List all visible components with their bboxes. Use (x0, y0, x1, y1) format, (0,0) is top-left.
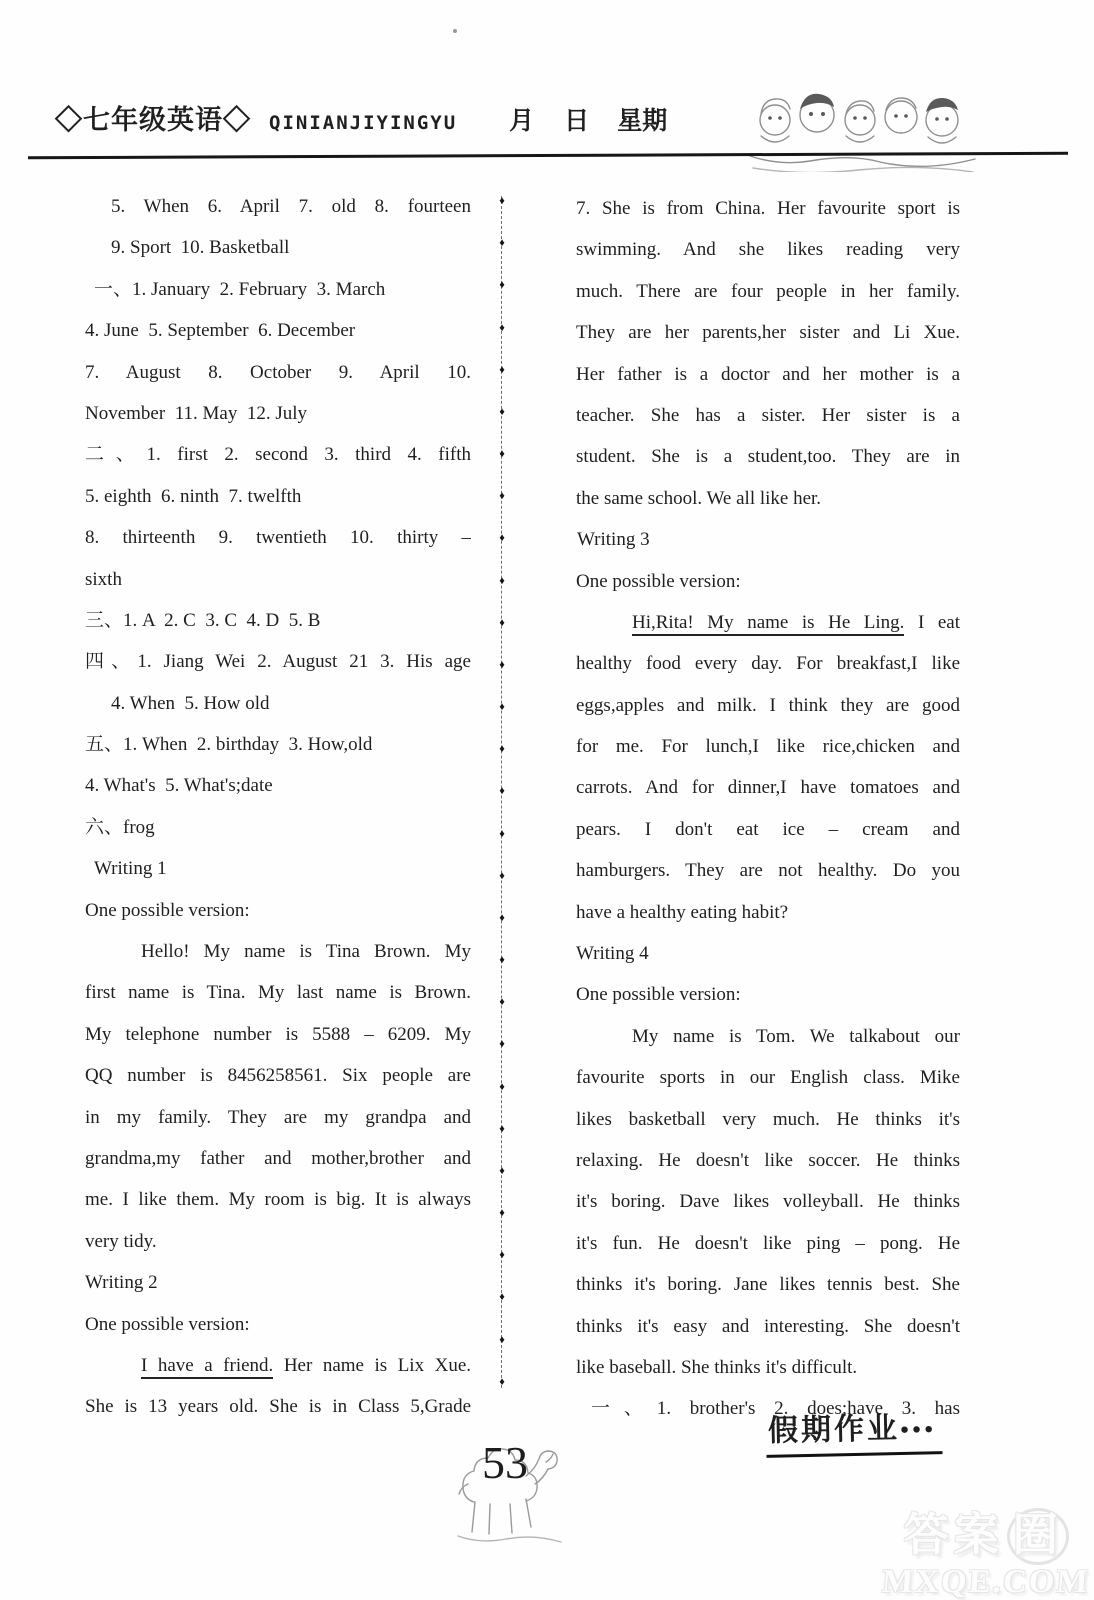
left-answer-column: 5. When 6. April 7. old 8. fourteen 9. S… (85, 186, 471, 1428)
answer-line: favourite sports in our English class. M… (576, 1057, 960, 1098)
answer-line: One possible version: (85, 1304, 471, 1345)
answer-line: teacher. She has a sister. Her sister is… (576, 395, 960, 436)
line-text: They are her parents,her sister and Li X… (576, 322, 960, 343)
answer-line: healthy food every day. For breakfast,I … (576, 643, 960, 684)
watermark-circle-char: 圈 (1007, 1508, 1069, 1565)
answer-line: 4. When 5. How old (85, 683, 471, 724)
brand-dots: ●●● (900, 1421, 937, 1438)
answer-line: grandma,my father and mother,brother and (85, 1138, 471, 1179)
answer-line: much. There are four people in her famil… (576, 271, 960, 312)
line-text: 三、1. A 2. C 3. C 4. D 5. B (85, 610, 320, 631)
answer-line: 7. She is from China. Her favourite spor… (576, 188, 960, 229)
line-text: 4. What's 5. What's;date (85, 775, 273, 796)
answer-line: have a healthy eating habit? (576, 892, 960, 933)
answer-line: One possible version: (576, 974, 960, 1015)
line-text: me. I like them. My room is big. It is a… (85, 1189, 471, 1210)
line-text: favourite sports in our English class. M… (576, 1067, 960, 1088)
divider-diamond-icon: ♦ (499, 1377, 505, 1388)
answer-line: for me. For lunch,I like rice,chicken an… (576, 726, 960, 767)
line-text: Hello! My name is Tina Brown. My (141, 941, 471, 962)
answer-line: me. I like them. My room is big. It is a… (85, 1179, 471, 1220)
divider-diamond-icon: ♦ (499, 1335, 505, 1346)
answer-line: November 11. May 12. July (85, 393, 471, 434)
answer-line: 四、1. Jiang Wei 2. August 21 3. His age (85, 641, 471, 682)
page-header: ◇七年级英语◇ QINIANJIYINGYU 月 日 星期 (55, 98, 667, 137)
line-text: Writing 4 (576, 943, 649, 964)
line-text: One possible version: (576, 984, 741, 1005)
divider-diamond-icon: ♦ (499, 196, 505, 207)
answer-line: 二、1. first 2. second 3. third 4. fifth (85, 434, 471, 475)
line-text: 4. June 5. September 6. December (85, 320, 355, 341)
answer-line: 41Writing 3 (576, 519, 960, 560)
line-text: hamburgers. They are not healthy. Do you (576, 860, 960, 881)
divider-diamond-icon: ♦ (499, 786, 505, 797)
answer-line: in my family. They are my grandpa and (85, 1097, 471, 1138)
answer-line: thinks it's easy and interesting. She do… (576, 1306, 960, 1347)
answer-line: Hi,Rita! My name is He Ling. I eat (576, 602, 960, 643)
watermark-line1: 答案圈 (882, 1508, 1090, 1565)
line-text: QQ number is 8456258561. Six people are (85, 1065, 471, 1086)
answer-line: 五、1. When 2. birthday 3. How,old (85, 724, 471, 765)
line-text: November 11. May 12. July (85, 403, 307, 424)
line-text: Writing 3 (577, 529, 650, 550)
divider-diamond-icon: ♦ (499, 1082, 505, 1093)
line-text: healthy food every day. For breakfast,I … (576, 653, 960, 674)
answer-line: My telephone number is 5588 – 6209. My (85, 1014, 471, 1055)
divider-diamond-icon: ♦ (499, 618, 505, 629)
divider-diamond-icon: ♦ (499, 491, 505, 502)
line-text: 六、frog (85, 817, 155, 838)
page-title-pinyin: QINIANJIYINGYU (269, 112, 457, 134)
line-text: much. There are four people in her famil… (576, 281, 960, 302)
answer-line: Hello! My name is Tina Brown. My (85, 931, 471, 972)
answer-line: it's boring. Dave likes volleyball. He t… (576, 1181, 960, 1222)
watermark-text: 答案 (904, 1510, 1004, 1560)
line-text: like baseball. She thinks it's difficult… (576, 1357, 857, 1378)
scan-speck (453, 29, 457, 33)
date-month-label: 月 (509, 101, 534, 137)
divider-diamond-icon: ♦ (499, 1292, 505, 1303)
answer-line: 8. thirteenth 9. twentieth 10. thirty – (85, 517, 471, 558)
line-text: it's boring. Dave likes volleyball. He t… (576, 1191, 960, 1212)
line-text: swimming. And she likes reading very (576, 239, 960, 260)
watermark-line2: MXQE.COM (881, 1565, 1091, 1600)
divider-diamond-icon: ♦ (499, 323, 505, 334)
answer-line: first name is Tina. My last name is Brow… (85, 972, 471, 1013)
divider-diamond-icon: ♦ (499, 365, 505, 376)
line-text: 8. thirteenth 9. twentieth 10. thirty – (85, 527, 471, 548)
answer-line: swimming. And she likes reading very (576, 229, 960, 270)
answer-line: likes basketball very much. He thinks it… (576, 1099, 960, 1140)
answer-line: 39一、1. January 2. February 3. March (85, 269, 471, 310)
line-text: thinks it's boring. Jane likes tennis be… (576, 1274, 960, 1295)
divider-diamond-icon: ♦ (499, 238, 505, 249)
children-doodle-image (745, 76, 980, 172)
line-text: 5. When 6. April 7. old 8. fourteen (111, 196, 471, 217)
line-text: 7. She is from China. Her favourite spor… (576, 198, 960, 219)
line-text: 4. When 5. How old (111, 693, 270, 714)
answer-line: 5. eighth 6. ninth 7. twelfth (85, 476, 471, 517)
line-text: 一、1. January 2. February 3. March (94, 279, 385, 300)
right-answer-column: 7. She is from China. Her favourite spor… (576, 188, 960, 1430)
answer-line: 三、1. A 2. C 3. C 4. D 5. B (85, 600, 471, 641)
line-text: 7. August 8. October 9. April 10. (85, 362, 471, 383)
line-text: likes basketball very much. He thinks it… (576, 1109, 960, 1130)
answer-line: Her father is a doctor and her mother is… (576, 354, 960, 395)
column-divider: ♦♦♦♦♦♦♦♦♦♦♦♦♦♦♦♦♦♦♦♦♦♦♦♦♦♦♦♦♦ (496, 196, 508, 1388)
divider-diamond-icon: ♦ (499, 1166, 505, 1177)
divider-diamond-icon: ♦ (499, 660, 505, 671)
answer-line: like baseball. She thinks it's difficult… (576, 1347, 960, 1388)
underlined-text: I have a friend. (141, 1355, 273, 1379)
answer-line: QQ number is 8456258561. Six people are (85, 1055, 471, 1096)
divider-diamond-icon: ♦ (499, 280, 505, 291)
answer-line: They are her parents,her sister and Li X… (576, 312, 960, 353)
answer-line: pears. I don't eat ice – cream and (576, 809, 960, 850)
line-text: sixth (85, 569, 122, 590)
line-text: relaxing. He doesn't like soccer. He thi… (576, 1150, 960, 1171)
line-text: the same school. We all like her. (576, 488, 821, 509)
divider-diamond-icon: ♦ (499, 829, 505, 840)
divider-diamond-icon: ♦ (499, 1039, 505, 1050)
line-text: I eat (904, 612, 960, 633)
line-text: One possible version: (576, 571, 741, 592)
line-text: Writing 2 (85, 1272, 158, 1293)
answer-line: very tidy. (85, 1221, 471, 1262)
divider-diamond-icon: ♦ (499, 702, 505, 713)
divider-diamond-icon: ♦ (499, 533, 505, 544)
line-text: Writing 1 (94, 858, 167, 879)
answer-line: 9. Sport 10. Basketball (85, 227, 471, 268)
divider-diamond-icon: ♦ (499, 1124, 505, 1135)
line-text: My telephone number is 5588 – 6209. My (85, 1024, 471, 1045)
line-text: One possible version: (85, 1314, 250, 1335)
line-text: for me. For lunch,I like rice,chicken an… (576, 736, 960, 757)
answer-line: relaxing. He doesn't like soccer. He thi… (576, 1140, 960, 1181)
brand-stamp: 假期作业●●● (765, 1402, 942, 1458)
divider-diamond-icon: ♦ (499, 744, 505, 755)
divider-diamond-icon: ♦ (499, 955, 505, 966)
date-day-label: 日 (564, 101, 589, 137)
line-text: Her father is a doctor and her mother is… (576, 364, 960, 385)
line-text: very tidy. (85, 1231, 157, 1252)
line-text: it's fun. He doesn't like ping – pong. H… (576, 1233, 960, 1254)
divider-diamond-icon: ♦ (499, 1250, 505, 1261)
line-text: thinks it's easy and interesting. She do… (576, 1316, 960, 1337)
line-text: 四、1. Jiang Wei 2. August 21 3. His age (85, 651, 471, 672)
divider-diamond-icon: ♦ (499, 913, 505, 924)
answer-line: the same school. We all like her. (576, 478, 960, 519)
page-number: 53 (482, 1436, 528, 1489)
answer-line: carrots. And for dinner,I have tomatoes … (576, 767, 960, 808)
line-text: 二、1. first 2. second 3. third 4. fifth (85, 444, 471, 465)
answer-line: I have a friend. Her name is Lix Xue. (85, 1345, 471, 1386)
line-text: have a healthy eating habit? (576, 902, 788, 923)
answer-line: hamburgers. They are not healthy. Do you (576, 850, 960, 891)
answer-line: eggs,apples and milk. I think they are g… (576, 685, 960, 726)
line-text: 五、1. When 2. birthday 3. How,old (85, 734, 372, 755)
date-week-label: 星期 (617, 101, 667, 137)
answer-line: 7. August 8. October 9. April 10. (85, 352, 471, 393)
line-text: first name is Tina. My last name is Brow… (85, 982, 471, 1003)
line-text: My name is Tom. We talkabout our (632, 1026, 960, 1047)
answer-line: 4. June 5. September 6. December (85, 310, 471, 351)
answer-line: 5. When 6. April 7. old 8. fourteen (85, 186, 471, 227)
answer-line: Writing 4 (576, 933, 960, 974)
underlined-text: Hi,Rita! My name is He Ling. (632, 612, 904, 636)
answer-line: 4. What's 5. What's;date (85, 765, 471, 806)
answer-line: sixth (85, 559, 471, 600)
answer-line: thinks it's boring. Jane likes tennis be… (576, 1264, 960, 1305)
answer-line: 40Writing 1 (85, 848, 471, 889)
brand-text: 假期作业 (768, 1412, 901, 1448)
line-text: in my family. They are my grandpa and (85, 1107, 471, 1128)
line-text: student. She is a student,too. They are … (576, 446, 960, 467)
answer-line: 六、frog (85, 807, 471, 848)
divider-diamond-icon: ♦ (499, 1208, 505, 1219)
line-text: Her name is Lix Xue. (273, 1355, 471, 1376)
divider-diamond-icon: ♦ (499, 576, 505, 587)
answer-line: My name is Tom. We talkabout our (576, 1016, 960, 1057)
line-text: 5. eighth 6. ninth 7. twelfth (85, 486, 301, 507)
line-text: 9. Sport 10. Basketball (111, 237, 289, 258)
line-text: eggs,apples and milk. I think they are g… (576, 695, 960, 716)
divider-diamond-icon: ♦ (499, 997, 505, 1008)
answer-line: student. She is a student,too. They are … (576, 436, 960, 477)
answer-line: She is 13 years old. She is in Class 5,G… (85, 1386, 471, 1427)
divider-diamond-icon: ♦ (499, 407, 505, 418)
answer-line: it's fun. He doesn't like ping – pong. H… (576, 1223, 960, 1264)
divider-diamond-icon: ♦ (499, 449, 505, 460)
watermark: 答案圈 MXQE.COM (882, 1508, 1090, 1600)
workbook-answer-page: ◇七年级英语◇ QINIANJIYINGYU 月 日 星期 (0, 0, 1094, 1600)
page-title-chinese: ◇七年级英语◇ (55, 98, 251, 137)
answer-line: One possible version: (576, 561, 960, 602)
line-text: teacher. She has a sister. Her sister is… (576, 405, 960, 426)
line-text: grandma,my father and mother,brother and (85, 1148, 471, 1169)
line-text: pears. I don't eat ice – cream and (576, 819, 960, 840)
line-text: One possible version: (85, 900, 250, 921)
answer-line: Writing 2 (85, 1262, 471, 1303)
line-text: She is 13 years old. She is in Class 5,G… (85, 1396, 471, 1417)
line-text: carrots. And for dinner,I have tomatoes … (576, 777, 960, 798)
divider-diamond-icon: ♦ (499, 871, 505, 882)
answer-line: One possible version: (85, 890, 471, 931)
